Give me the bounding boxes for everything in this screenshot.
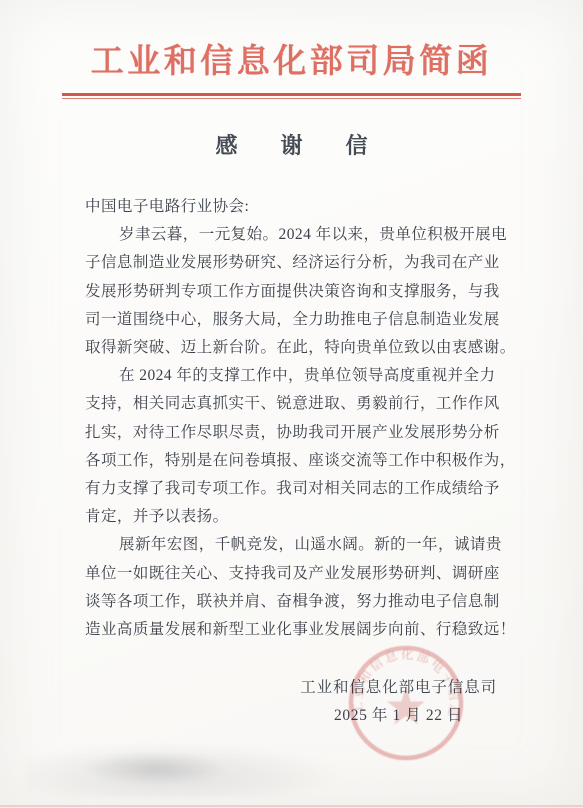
body-line: 扎实，对待工作尽职尽责，协助我司开展产业发展形势分析: [85, 419, 503, 447]
signature-inner: 工业和信息化部电子信息司 2025 年 1 月 22 日: [300, 674, 497, 730]
body-line: 各项工作，特别是在问卷填报、座谈交流等工作中积极作为，: [85, 447, 503, 475]
letterhead-title: 工业和信息化部司局简函: [0, 0, 583, 79]
body-line: 岁聿云暮，一元复始。2024 年以来，贵单位积极开展电: [85, 221, 503, 249]
signature-block: 工业和信息化部电子信息司 2025 年 1 月 22 日: [0, 674, 497, 730]
letter-body: 中国电子电路行业协会: 岁聿云暮，一元复始。2024 年以来，贵单位积极开展电子…: [85, 193, 503, 644]
signature-department: 工业和信息化部电子信息司: [300, 674, 497, 702]
body-line: 取得新突破、迈上新台阶。在此，特向贵单位致以由衷感谢。: [85, 334, 503, 362]
body-line: 单位一如既往关心、支持我司及产业发展形势研判、调研座: [85, 560, 503, 588]
scanned-letter-page: 工业和信息化部司局简函 感谢信 中国电子电路行业协会: 岁聿云暮，一元复始。20…: [0, 0, 583, 808]
signature-date: 2025 年 1 月 22 日: [300, 702, 497, 730]
salutation: 中国电子电路行业协会:: [85, 193, 503, 221]
divider-thin-line: [62, 98, 521, 99]
body-line: 造业高质量发展和新型工业化事业发展阔步向前、行稳致远！: [85, 616, 503, 644]
body-line: 在 2024 年的支撑工作中，贵单位领导高度重视并全力: [85, 362, 503, 390]
body-line: 有力支撑了我司专项工作。我司对相关同志的工作成绩给予: [85, 475, 503, 503]
body-line: 肯定，并予以表扬。: [85, 503, 503, 531]
letterhead-divider: [62, 93, 521, 99]
body-line: 子信息制造业发展形势研究、经济运行分析，为我司在产业: [85, 249, 503, 277]
body-line: 发展形势研判专项工作方面提供决策咨询和支撑服务，与我: [85, 278, 503, 306]
letter-title: 感谢信: [0, 135, 583, 157]
divider-thick-line: [62, 93, 521, 96]
body-line: 谈等各项工作，联袂并肩、奋楫争渡，努力推动电子信息制: [85, 588, 503, 616]
scan-edge-line: [0, 805, 583, 807]
body-line: 支持，相关同志真抓实干、锐意进取、勇毅前行，工作作风: [85, 390, 503, 418]
scan-smudge: [85, 752, 225, 784]
body-line: 展新年宏图，千帆竞发，山遥水阔。新的一年，诚请贵: [85, 531, 503, 559]
body-line: 司一道围绕中心，服务大局，全力助推电子信息制造业发展: [85, 306, 503, 334]
